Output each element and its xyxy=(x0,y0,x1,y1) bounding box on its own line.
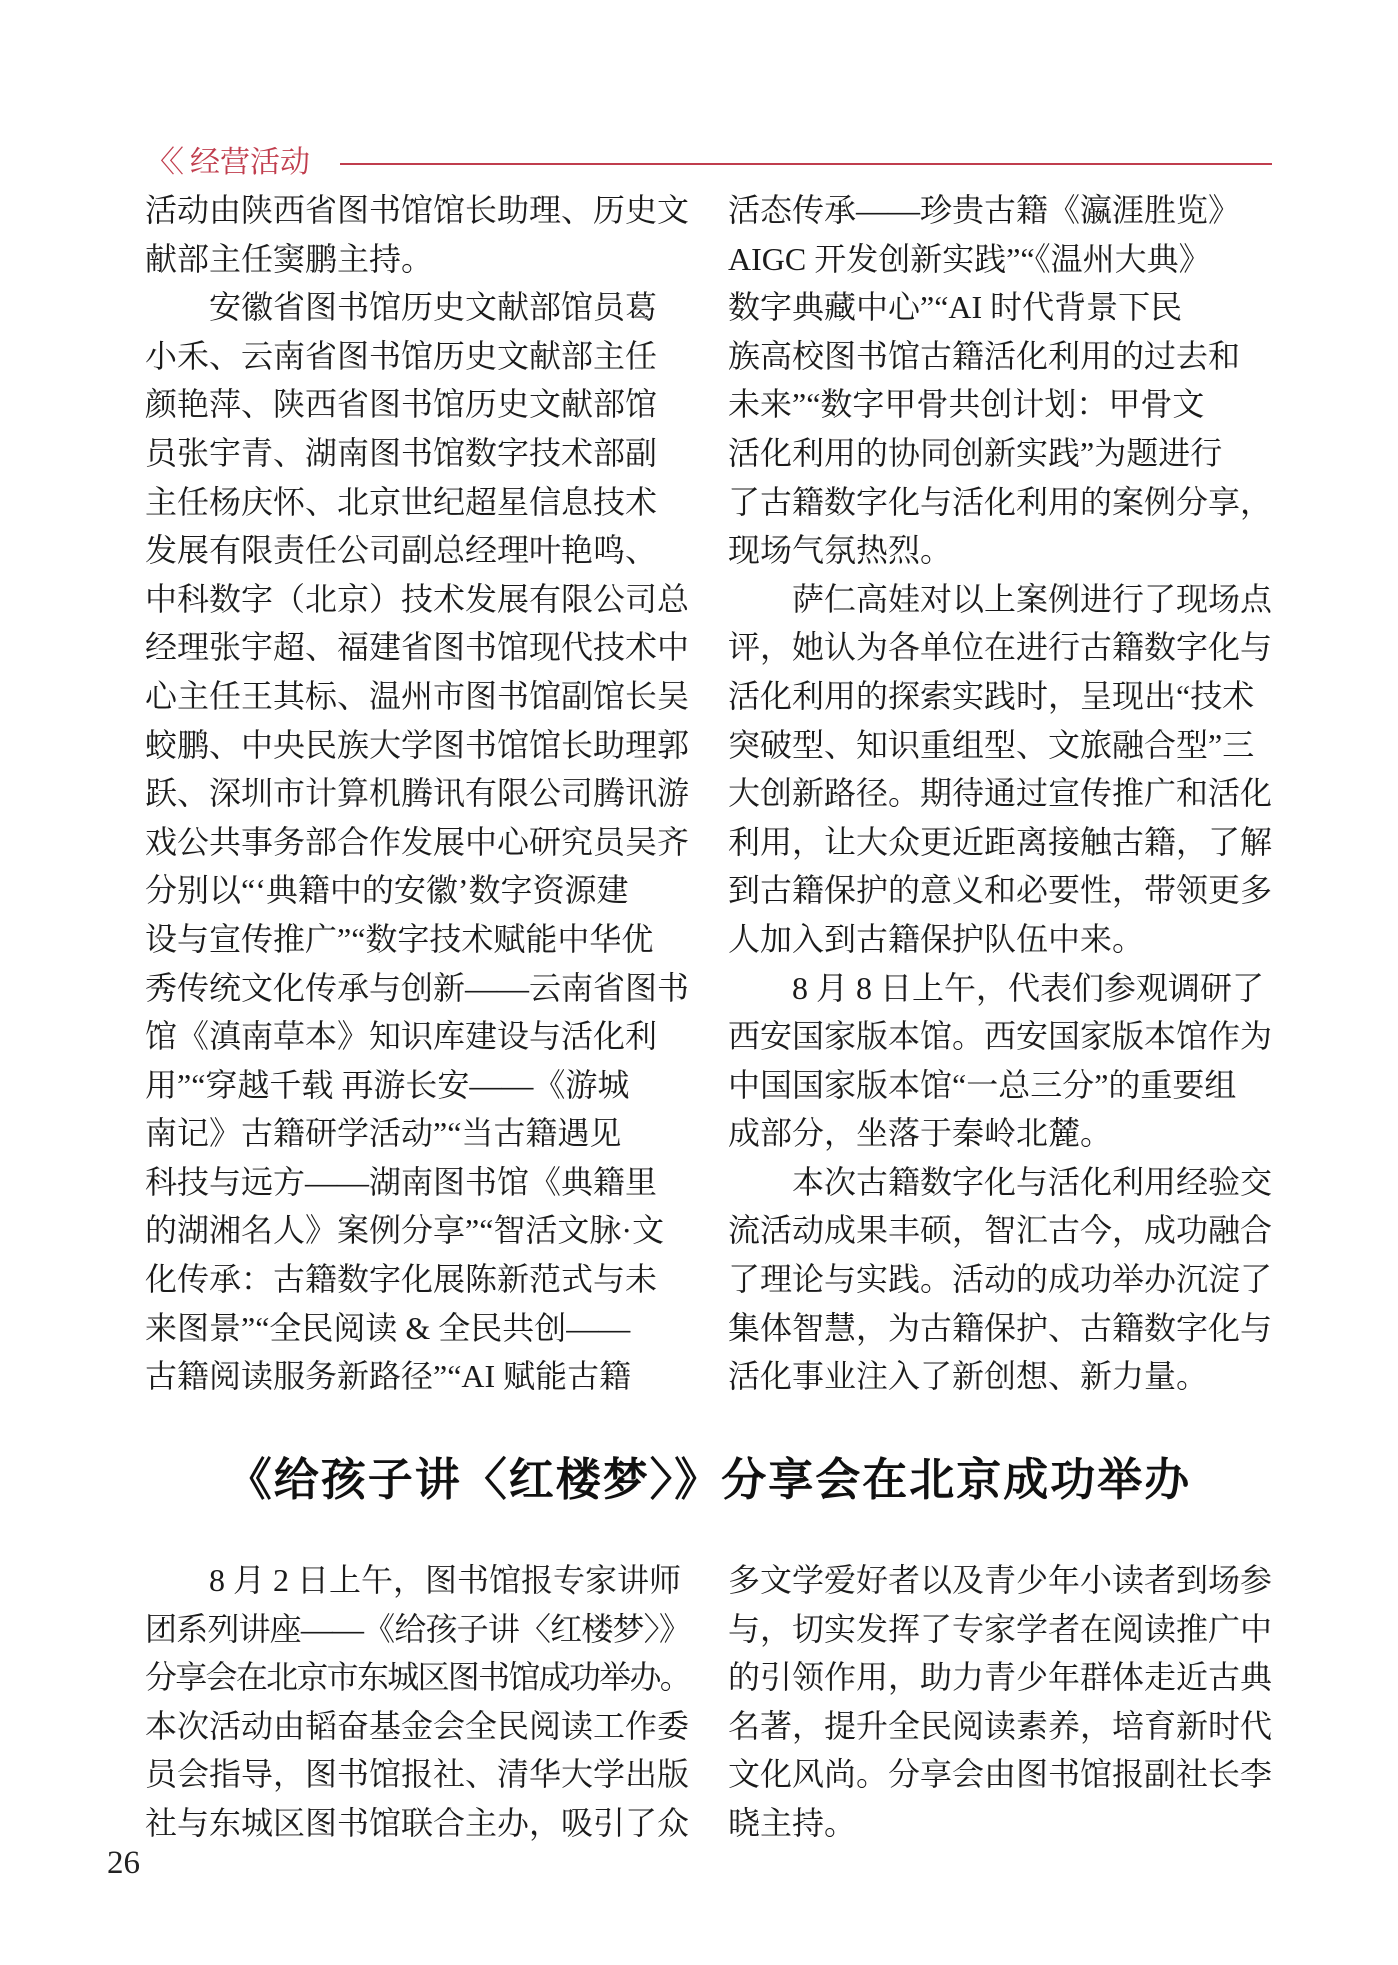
text-line: 晓主持。 xyxy=(728,1799,1273,1848)
text-line: 心主任王其标、温州市图书馆副馆长吴 xyxy=(145,672,690,721)
text-line: 秀传统文化传承与创新——云南省图书 xyxy=(145,964,690,1013)
text-line: 蛟鹏、中央民族大学图书馆馆长助理郭 xyxy=(145,721,690,770)
text-line: 的湖湘名人》案例分享”“智活文脉·文 xyxy=(145,1206,690,1255)
text-line: 活态传承——珍贵古籍《瀛涯胜览》 xyxy=(728,186,1273,235)
section-header-label: 经营活动 xyxy=(190,144,310,182)
text-line: 了古籍数字化与活化利用的案例分享， xyxy=(728,478,1273,527)
text-line: 评，她认为各单位在进行古籍数字化与 xyxy=(728,623,1273,672)
section-header: 〈〈 经营活动 xyxy=(145,144,310,182)
text-line: 献部主任窦鹏主持。 xyxy=(145,235,690,284)
text-line: 利用，让大众更近距离接触古籍，了解 xyxy=(728,818,1273,867)
text-line: 小禾、云南省图书馆历史文献部主任 xyxy=(145,332,690,381)
page-number: 26 xyxy=(107,1843,140,1883)
text-line: 团系列讲座——《给孩子讲〈红楼梦〉》 xyxy=(145,1605,690,1654)
header-rule xyxy=(340,163,1272,165)
text-line: 活化利用的探索实践时，呈现出“技术 xyxy=(728,672,1273,721)
text-line: 来图景”“全民阅读 & 全民共创—— xyxy=(145,1304,690,1353)
text-line: 数字典藏中心”“AI 时代背景下民 xyxy=(728,283,1273,332)
text-line: 突破型、知识重组型、文旅融合型”三 xyxy=(728,721,1273,770)
text-line: 用”“穿越千载 再游长安——《游城 xyxy=(145,1061,690,1110)
text-line: 现场气氛热烈。 xyxy=(728,526,1273,575)
text-line: 科技与远方——湖南图书馆《典籍里 xyxy=(145,1158,690,1207)
text-line: 本次古籍数字化与活化利用经验交 xyxy=(728,1158,1273,1207)
text-line: 活化利用的协同创新实践”为题进行 xyxy=(728,429,1273,478)
text-line: 南记》古籍研学活动”“当古籍遇见 xyxy=(145,1109,690,1158)
text-line: 与，切实发挥了专家学者在阅读推广中 xyxy=(728,1605,1273,1654)
text-line: 经理张宇超、福建省图书馆现代技术中 xyxy=(145,623,690,672)
chevrons-icon: 〈〈 xyxy=(145,144,178,182)
article2-right-column: 多文学爱好者以及青少年小读者到场参与，切实发挥了专家学者在阅读推广中的引领作用，… xyxy=(728,1556,1273,1848)
text-line: 设与宣传推广”“数字技术赋能中华优 xyxy=(145,915,690,964)
text-line: 颜艳萍、陕西省图书馆历史文献部馆 xyxy=(145,380,690,429)
text-line: 名著，提升全民阅读素养，培育新时代 xyxy=(728,1702,1273,1751)
text-line: 本次活动由韬奋基金会全民阅读工作委 xyxy=(145,1702,690,1751)
text-line: 成部分，坐落于秦岭北麓。 xyxy=(728,1109,1273,1158)
text-line: 安徽省图书馆历史文献部馆员葛 xyxy=(145,283,690,332)
text-line: 大创新路径。期待通过宣传推广和活化 xyxy=(728,769,1273,818)
text-line: 化传承：古籍数字化展陈新范式与未 xyxy=(145,1255,690,1304)
magazine-page: 〈〈 经营活动 活动由陕西省图书馆馆长助理、历史文献部主任窦鹏主持。 安徽省图书… xyxy=(0,0,1398,1965)
text-line: 8 月 8 日上午，代表们参观调研了 xyxy=(728,964,1273,1013)
text-line: 8 月 2 日上午，图书馆报专家讲师 xyxy=(145,1556,690,1605)
article2-title: 《给孩子讲〈红楼梦〉》分享会在北京成功举办 xyxy=(145,1452,1273,1508)
text-line: 活化事业注入了新创想、新力量。 xyxy=(728,1352,1273,1401)
text-line: 戏公共事务部合作发展中心研究员吴齐 xyxy=(145,818,690,867)
text-line: 的引领作用，助力青少年群体走近古典 xyxy=(728,1653,1273,1702)
text-line: 族高校图书馆古籍活化利用的过去和 xyxy=(728,332,1273,381)
text-line: 馆《滇南草本》知识库建设与活化利 xyxy=(145,1012,690,1061)
text-line: 集体智慧，为古籍保护、古籍数字化与 xyxy=(728,1304,1273,1353)
text-line: 主任杨庆怀、北京世纪超星信息技术 xyxy=(145,478,690,527)
article1-left-column: 活动由陕西省图书馆馆长助理、历史文献部主任窦鹏主持。 安徽省图书馆历史文献部馆员… xyxy=(145,186,690,1401)
text-line: 中科数字（北京）技术发展有限公司总 xyxy=(145,575,690,624)
text-line: 未来”“数字甲骨共创计划：甲骨文 xyxy=(728,380,1273,429)
text-line: 流活动成果丰硕，智汇古今，成功融合 xyxy=(728,1206,1273,1255)
text-line: 分别以“‘典籍中的安徽’数字资源建 xyxy=(145,866,690,915)
text-line: AIGC 开发创新实践”“《温州大典》 xyxy=(728,235,1273,284)
text-line: 人加入到古籍保护队伍中来。 xyxy=(728,915,1273,964)
text-line: 了理论与实践。活动的成功举办沉淀了 xyxy=(728,1255,1273,1304)
text-line: 发展有限责任公司副总经理叶艳鸣、 xyxy=(145,526,690,575)
text-line: 员会指导，图书馆报社、清华大学出版 xyxy=(145,1750,690,1799)
text-line: 跃、深圳市计算机腾讯有限公司腾讯游 xyxy=(145,769,690,818)
text-line: 活动由陕西省图书馆馆长助理、历史文 xyxy=(145,186,690,235)
text-line: 分享会在北京市东城区图书馆成功举办。 xyxy=(145,1653,690,1702)
article2-left-column: 8 月 2 日上午，图书馆报专家讲师团系列讲座——《给孩子讲〈红楼梦〉》分享会在… xyxy=(145,1556,690,1848)
text-line: 社与东城区图书馆联合主办，吸引了众 xyxy=(145,1799,690,1848)
text-line: 萨仁高娃对以上案例进行了现场点 xyxy=(728,575,1273,624)
text-line: 到古籍保护的意义和必要性，带领更多 xyxy=(728,866,1273,915)
text-line: 文化风尚。分享会由图书馆报副社长李 xyxy=(728,1750,1273,1799)
text-line: 古籍阅读服务新路径”“AI 赋能古籍 xyxy=(145,1352,690,1401)
article1-right-column: 活态传承——珍贵古籍《瀛涯胜览》AIGC 开发创新实践”“《温州大典》数字典藏中… xyxy=(728,186,1273,1401)
text-line: 西安国家版本馆。西安国家版本馆作为 xyxy=(728,1012,1273,1061)
text-line: 多文学爱好者以及青少年小读者到场参 xyxy=(728,1556,1273,1605)
text-line: 员张宇青、湖南图书馆数字技术部副 xyxy=(145,429,690,478)
text-line: 中国国家版本馆“一总三分”的重要组 xyxy=(728,1061,1273,1110)
